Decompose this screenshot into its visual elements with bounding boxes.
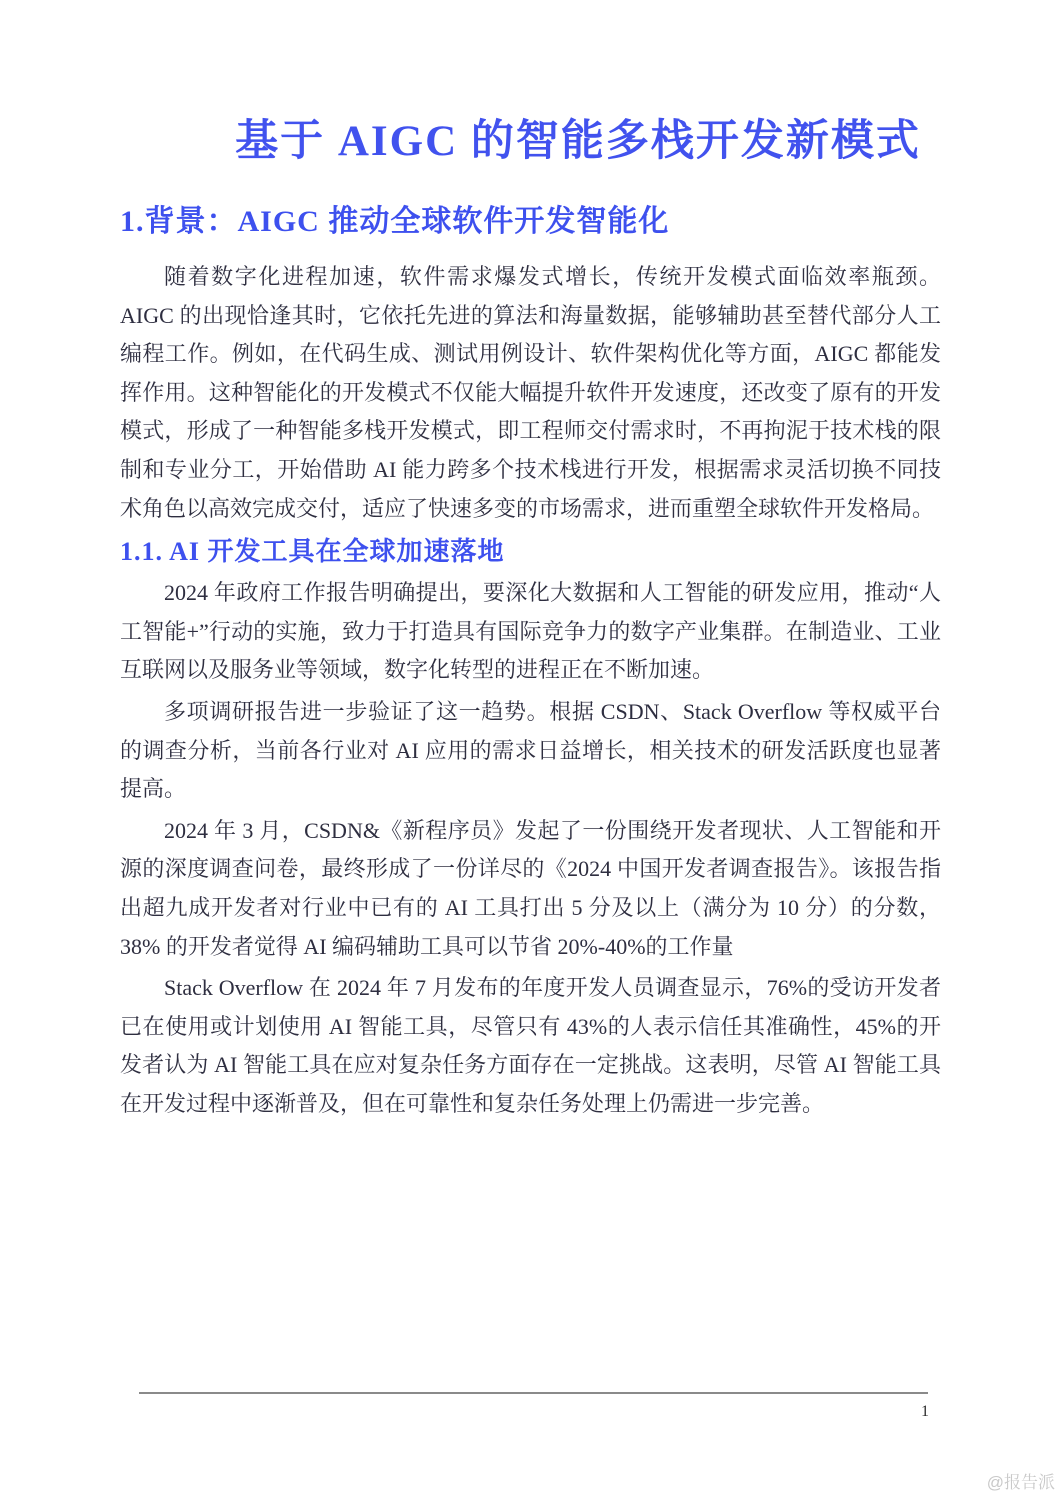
paragraph-stackoverflow-survey: Stack Overflow 在 2024 年 7 月发布的年度开发人员调查显示… (120, 969, 941, 1123)
watermark-label: @报告派 (987, 1473, 1055, 1493)
section-1-1-heading: 1.1. AI 开发工具在全球加速落地 (120, 532, 941, 572)
page-number: 1 (912, 1402, 938, 1422)
page-title: 基于 AIGC 的智能多栈开发新模式 (120, 112, 941, 172)
paragraph-csdn-survey: 2024 年 3 月，CSDN&《新程序员》发起了一份围绕开发者现状、人工智能和… (120, 812, 941, 966)
footer-divider (139, 1392, 928, 1394)
paragraph-background: 随着数字化进程加速，软件需求爆发式增长，传统开发模式面临效率瓶颈。AIGC 的出… (120, 258, 941, 528)
section-1-heading: 1.背景：AIGC 推动全球软件开发智能化 (120, 202, 941, 242)
paragraph-survey-trend: 多项调研报告进一步验证了这一趋势。根据 CSDN、Stack Overflow … (120, 693, 941, 809)
paragraph-gov-report: 2024 年政府工作报告明确提出，要深化大数据和人工智能的研发应用，推动“人工智… (120, 574, 941, 690)
document-page: 基于 AIGC 的智能多栈开发新模式 1.背景：AIGC 推动全球软件开发智能化… (0, 0, 1061, 1500)
